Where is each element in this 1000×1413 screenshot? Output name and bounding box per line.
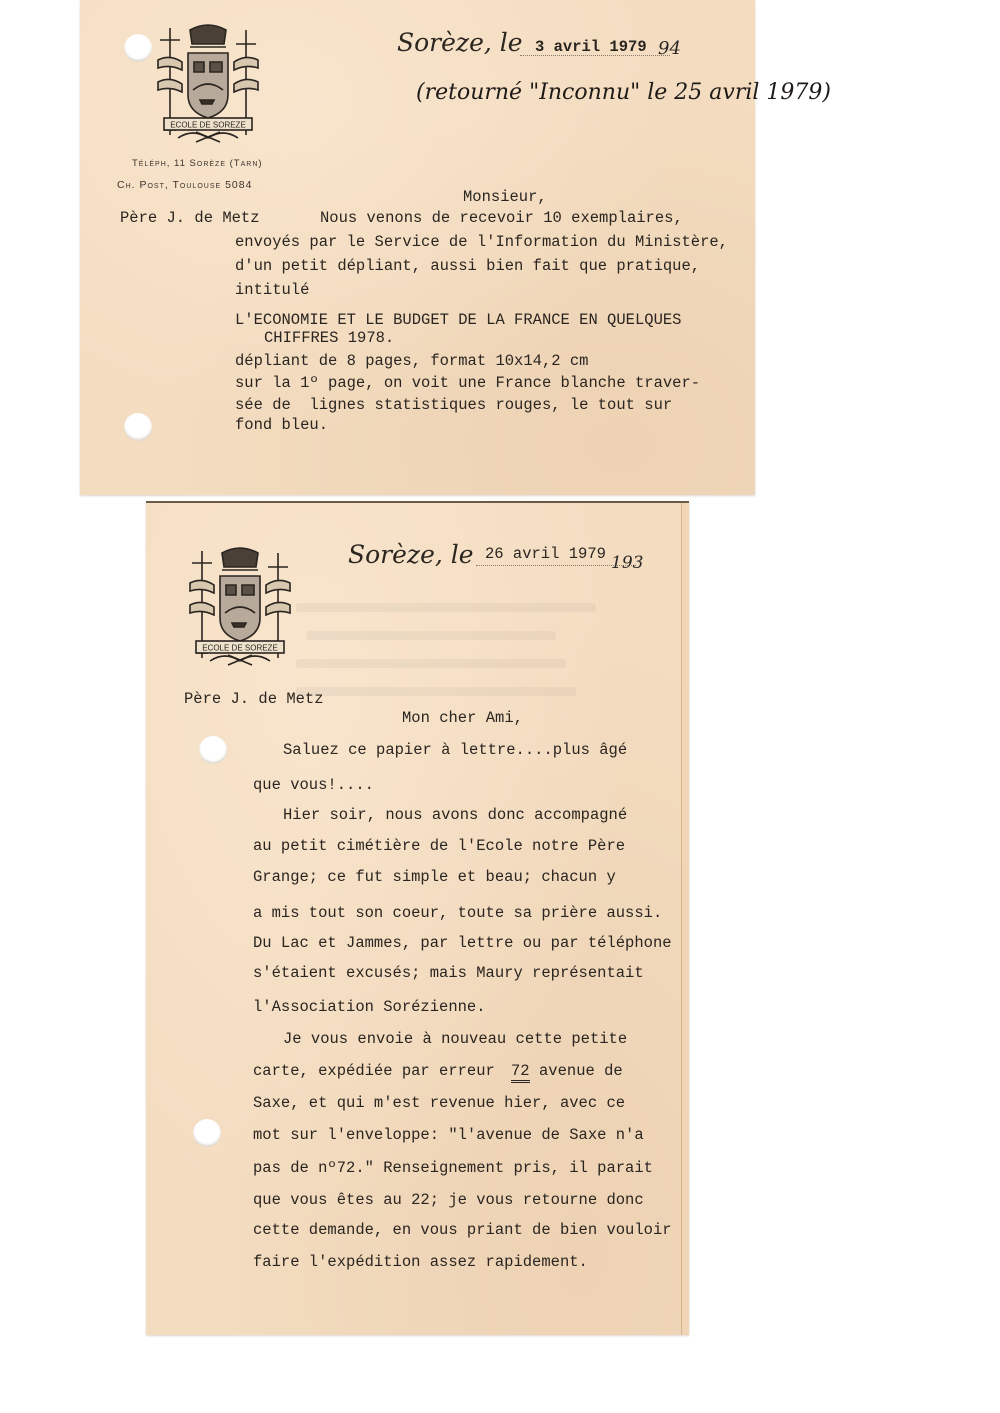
body-line: l'Association Sorézienne. [253,1000,486,1016]
body-line: Du Lac et Jammes, par lettre ou par télé… [253,936,672,952]
paper-fold-edge [681,503,689,1335]
svg-text:ECOLE DE SOREZE: ECOLE DE SOREZE [170,121,246,130]
body-line: Saxe, et qui m'est revenue hier, avec ce [253,1096,625,1112]
body-line: pas de nº72." Renseignement pris, il par… [253,1161,653,1177]
letter-card-bottom: ECOLE DE SOREZE Sorèze, le 26 avril 1979… [146,501,689,1335]
svg-text:ECOLE DE SOREZE: ECOLE DE SOREZE [202,644,278,653]
letterhead-phone: Téléph, 11 Sorèze (Tarn) [132,158,263,169]
body-line: intitulé [235,283,309,299]
description-line: sée de lignes statistiques rouges, le to… [235,398,672,414]
punch-hole [124,413,152,441]
school-crest-logo: ECOLE DE SOREZE [180,543,300,668]
handwritten-reference-number: 193 [611,553,643,573]
letter-date: 26 avril 1979 [485,547,606,563]
body-line: Saluez ce papier à lettre....plus âgé [283,743,627,759]
show-through-text [306,631,556,640]
body-line: Je vous envoie à nouveau cette petite [283,1032,627,1048]
show-through-text [296,687,576,696]
salutation: Mon cher Ami, [402,711,523,727]
body-line: envoyés par le Service de l'Information … [235,235,728,251]
body-line: a mis tout son coeur, toute sa prière au… [253,906,662,922]
description-line: fond bleu. [235,418,328,434]
punch-hole [199,736,227,764]
body-line: carte, expédiée par erreur [253,1064,495,1080]
brochure-title: L'ECONOMIE ET LE BUDGET DE LA FRANCE EN … [235,313,681,329]
body-line: au petit cimétière de l'Ecole notre Père [253,839,625,855]
salutation: Monsieur, [463,190,547,206]
body-line: cette demande, en vous priant de bien vo… [253,1223,672,1239]
handwritten-return-note: (retourné "Inconnu" le 25 avril 1979) [416,80,831,105]
recipient-name: Père J. de Metz [184,692,324,708]
place-label: Sorèze, le [397,28,523,57]
body-line: d'un petit dépliant, aussi bien fait que… [235,259,700,275]
description-line: sur la 1º page, on voit une France blanc… [235,376,700,392]
body-line: Nous venons de recevoir 10 exemplaires, [320,211,683,227]
letter-date: 3 avril 1979 [535,40,647,56]
body-line: que vous êtes au 22; je vous retourne do… [253,1193,644,1209]
show-through-text [296,603,596,612]
body-line: mot sur l'enveloppe: "l'avenue de Saxe n… [253,1128,644,1144]
letterhead-postal-account: Ch. Post, Toulouse 5084 [117,179,252,191]
school-crest-logo: ECOLE DE SOREZE [148,20,268,145]
crest-icon: ECOLE DE SOREZE [148,20,268,145]
body-line: s'étaient excusés; mais Maury représenta… [253,966,644,982]
description-line: dépliant de 8 pages, format 10x14,2 cm [235,354,588,370]
recipient-name: Père J. de Metz [120,211,260,227]
punch-hole [193,1119,221,1147]
place-label: Sorèze, le [348,540,474,569]
show-through-text [296,659,566,668]
body-line: avenue de [539,1064,623,1080]
brochure-title: CHIFFRES 1978. [264,331,394,347]
crest-icon: ECOLE DE SOREZE [180,543,300,668]
handwritten-reference-number: 94 [658,38,681,59]
body-line: faire l'expédition assez rapidement. [253,1255,588,1271]
letter-card-top: ECOLE DE SOREZE Téléph, 11 Sorèze (Tarn)… [80,0,755,495]
underlined-house-number: 72 [511,1064,530,1083]
body-line: Grange; ce fut simple et beau; chacun y [253,870,616,886]
body-line: que vous!.... [253,778,374,794]
body-line: Hier soir, nous avons donc accompagné [283,808,627,824]
